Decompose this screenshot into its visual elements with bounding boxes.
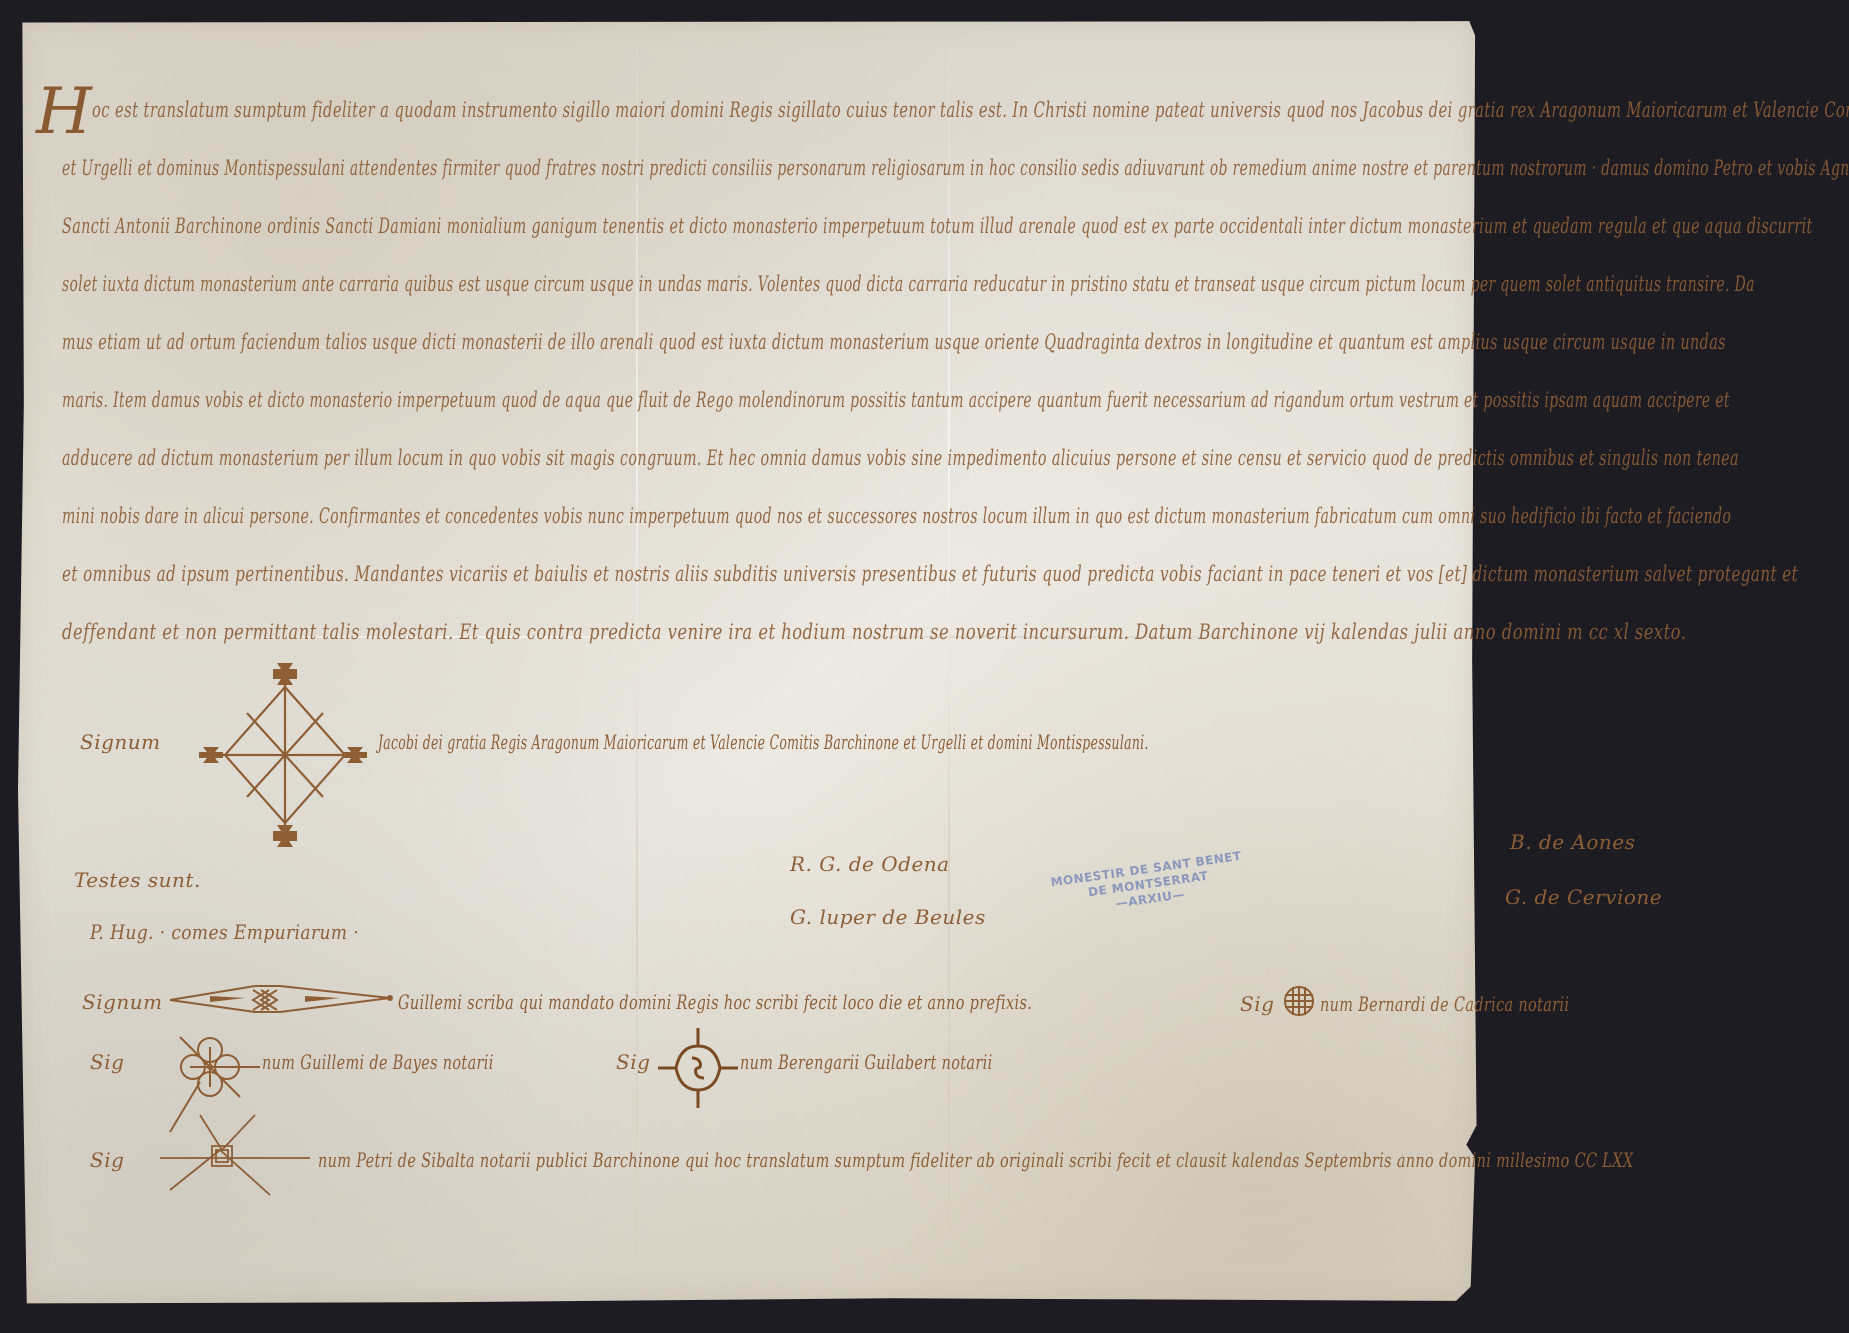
- notary-signum-grid-knot-icon: [1282, 984, 1316, 1018]
- notary-subscription-text: num Guillemi de Bayes notarii: [262, 1050, 494, 1074]
- charter-text-line: mini nobis dare in alicui persone. Confi…: [62, 504, 1731, 528]
- notary-subscription-text: num Petri de Sibalta notarii publici Bar…: [318, 1148, 1633, 1172]
- witness-name: G. de Cervione: [1505, 885, 1662, 909]
- witness-name: G. luper de Beules: [790, 905, 986, 929]
- fold-crease: [636, 16, 638, 1306]
- scribe-signum-lozenge-knot-icon: [165, 980, 395, 1020]
- charter-text-line: mus etiam ut ad ortum faciendum talios u…: [62, 330, 1726, 354]
- witness-name: R. G. de Odena: [790, 852, 950, 876]
- royal-signum-diamond-with-four-crosses-icon: [195, 655, 375, 845]
- decorated-initial: H: [36, 80, 92, 144]
- notary-signum-looped-quatrefoil-icon: [658, 1028, 738, 1108]
- witnesses-heading: Testes sunt.: [74, 868, 201, 892]
- charter-text-line: deffendant et non permittant talis moles…: [62, 620, 1686, 644]
- notary-subscription-text: num Bernardi de Cadrica notarii: [1320, 992, 1569, 1016]
- royal-signum-label: Signum: [80, 730, 161, 754]
- royal-signum-text: Jacobi dei gratia Regis Aragonum Maioric…: [378, 730, 1149, 754]
- notary-signum-label: Sig: [90, 1050, 124, 1074]
- witness-name: B. de Aones: [1510, 830, 1635, 854]
- charter-text-line: et omnibus ad ipsum pertinentibus. Manda…: [62, 562, 1798, 586]
- charter-text-line: solet iuxta dictum monasterium ante carr…: [62, 272, 1755, 296]
- notary-signum-star-knot-icon: [160, 1110, 310, 1200]
- scribe-signum-label: Signum: [82, 990, 163, 1014]
- notary-subscription-text: num Berengarii Guilabert notarii: [740, 1050, 993, 1074]
- notary-signum-label: Sig: [1240, 992, 1274, 1016]
- witness-name: P. Hug. · comes Empuriarum ·: [90, 920, 359, 944]
- scribe-subscription-text: Guillemi scriba qui mandato domini Regis…: [398, 990, 1032, 1014]
- notary-signum-label: Sig: [616, 1050, 650, 1074]
- fold-crease: [948, 16, 950, 1306]
- charter-text-line: adducere ad dictum monasterium per illum…: [62, 446, 1739, 470]
- charter-text-line: et Urgelli et dominus Montispessulani at…: [62, 156, 1849, 180]
- charter-text-line: Sancti Antonii Barchinone ordinis Sancti…: [62, 214, 1813, 238]
- charter-text-line: oc est translatum sumptum fideliter a qu…: [92, 98, 1849, 122]
- notary-signum-label: Sig: [90, 1148, 124, 1172]
- charter-text-line: maris. Item damus vobis et dicto monaste…: [62, 388, 1730, 412]
